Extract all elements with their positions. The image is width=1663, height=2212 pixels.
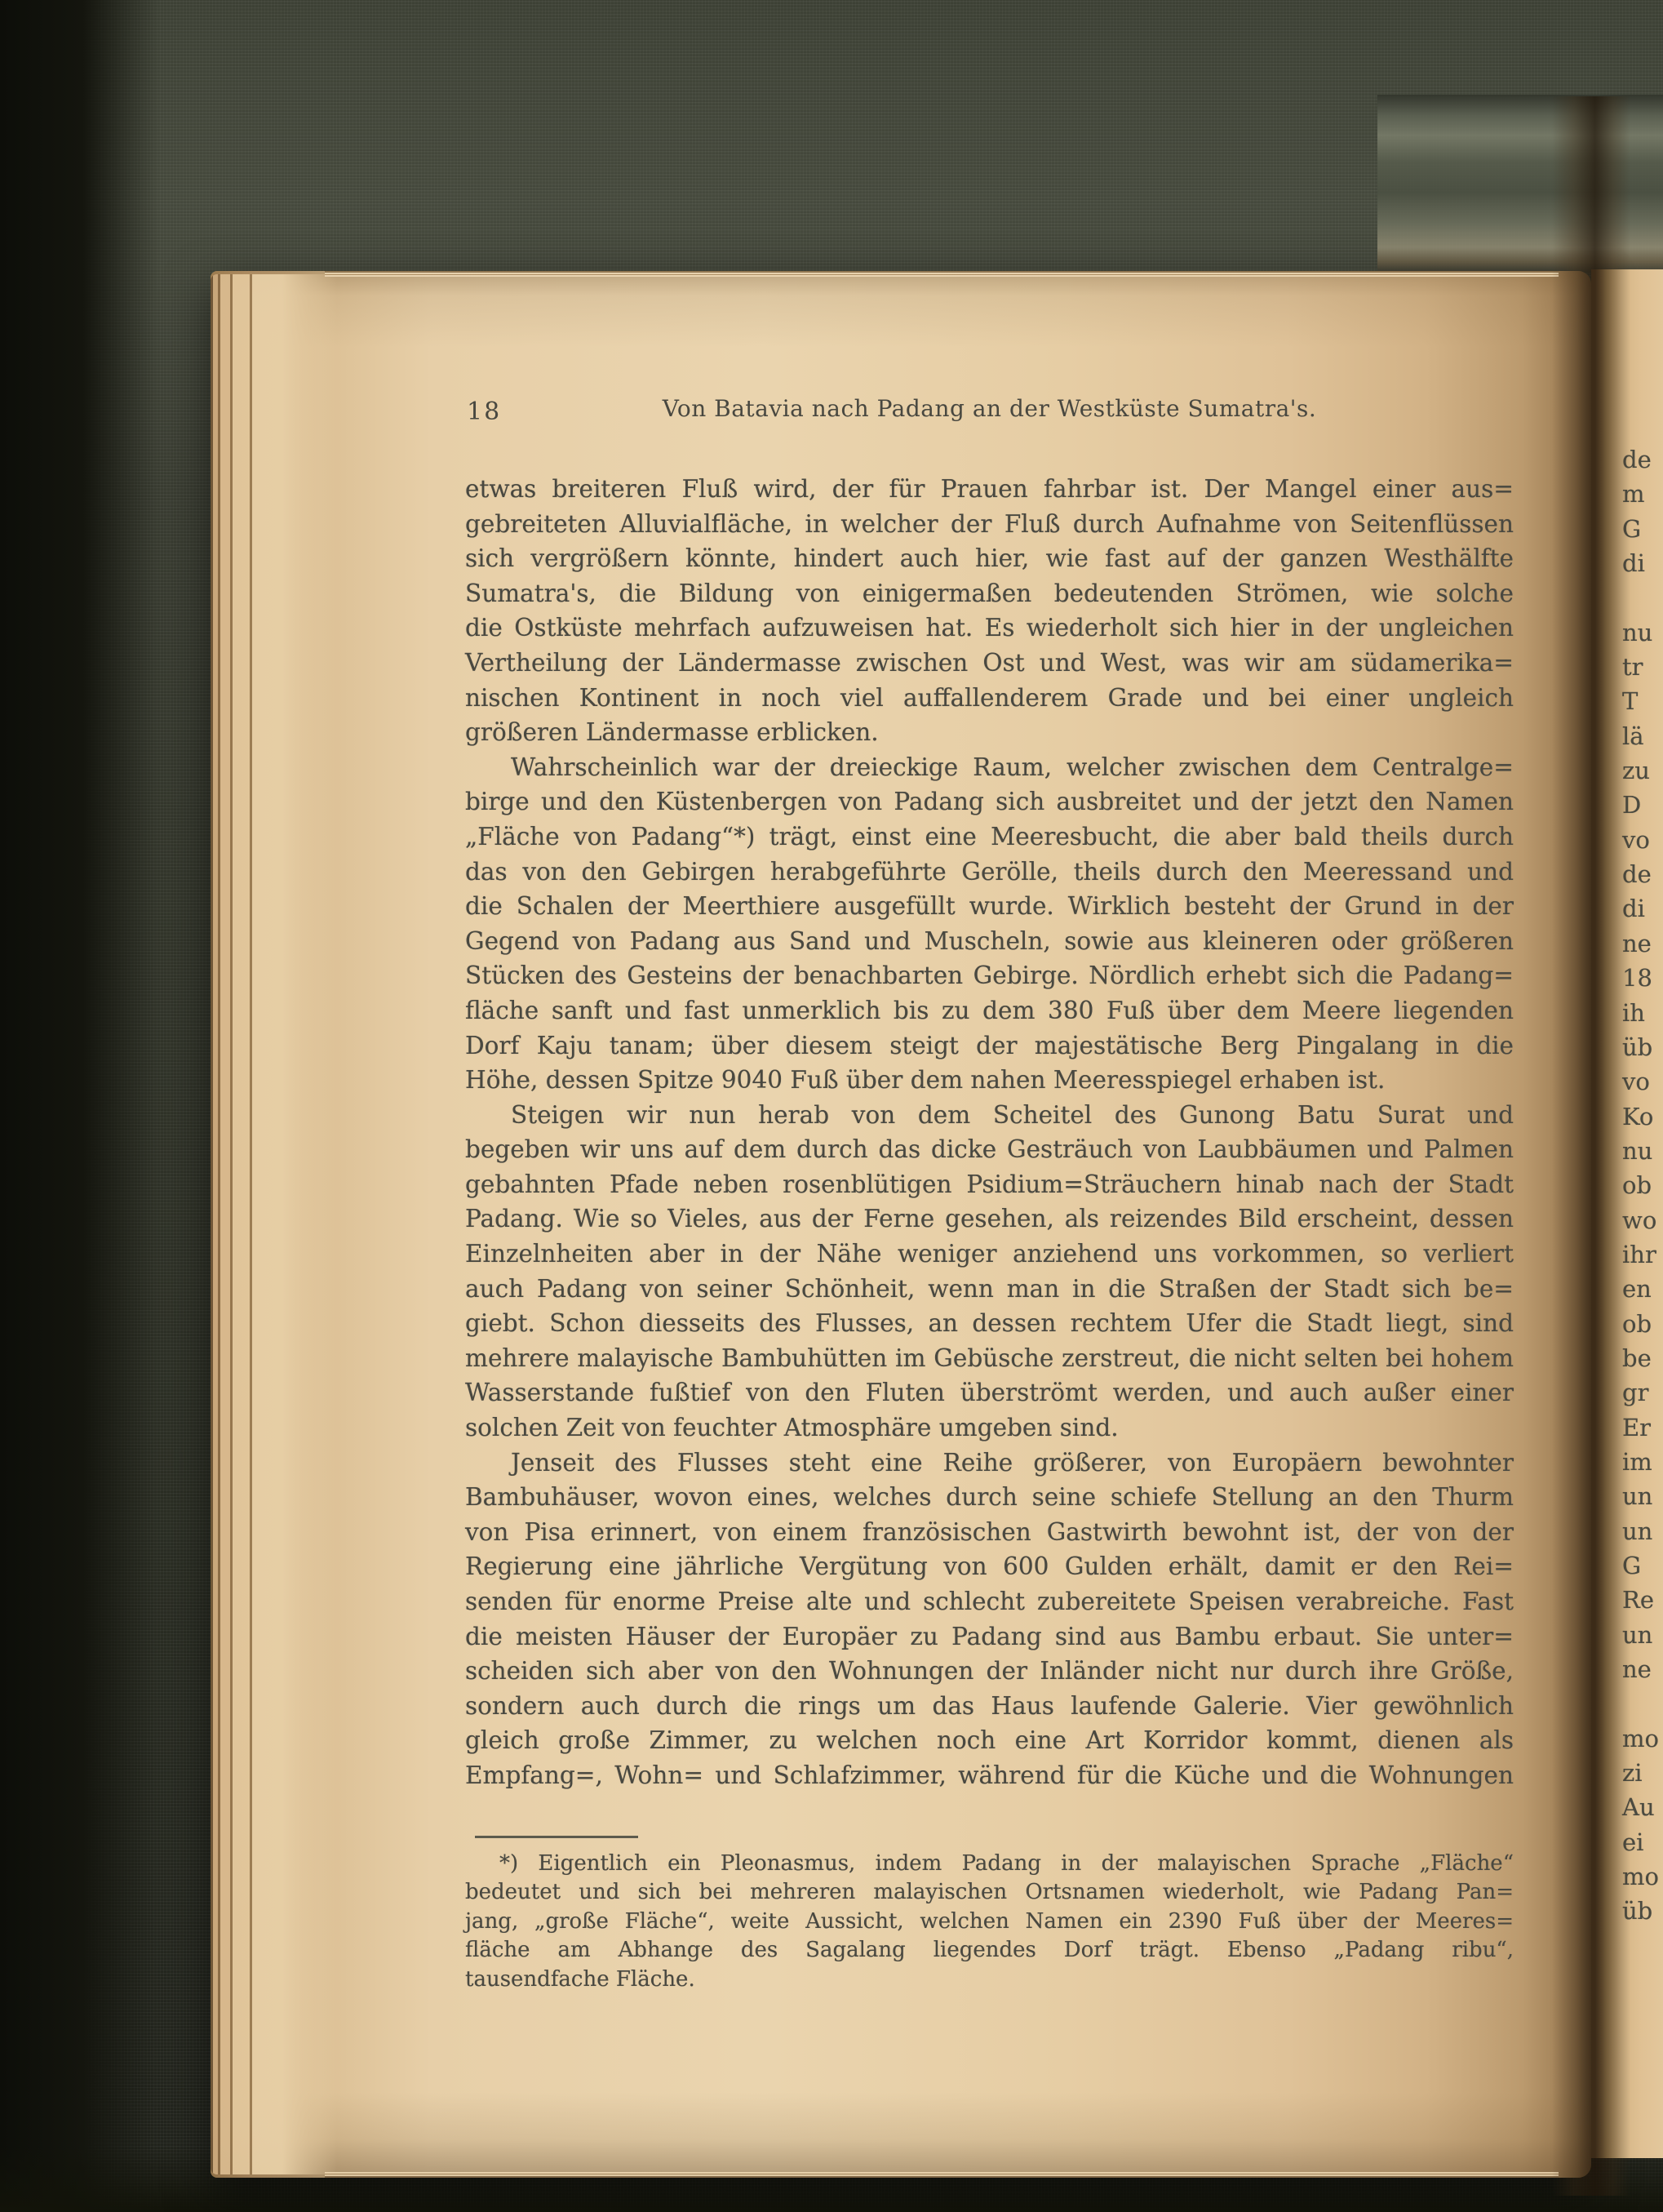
next-page-text-fragment: ne — [1622, 926, 1659, 961]
next-page-text-fragment: di — [1622, 546, 1659, 580]
book-top-page-edges — [1377, 95, 1663, 273]
book-scan: 18 Von Batavia nach Padang an der Westkü… — [0, 0, 1663, 2212]
text-line: Bambuhäuser, wovon eines, welches durch … — [465, 1480, 1514, 1515]
next-page-text-fragment — [1622, 580, 1659, 615]
footnote-line: jang, „große Fläche“, weite Aussicht, we… — [465, 1908, 1514, 1936]
next-page-text-fragment: de — [1622, 442, 1659, 477]
text-line: sich vergrößern könnte, hindert auch hie… — [465, 541, 1514, 576]
text-line: Dorf Kaju tanam; über diesem steigt der … — [465, 1028, 1514, 1064]
text-line: Wasserstande fußtief von den Fluten über… — [465, 1375, 1514, 1410]
next-page-text-fragment: D — [1622, 788, 1659, 822]
next-page-sliver: de m G di nu tr T lä zu D vo — [1591, 269, 1663, 2158]
next-page-text-fragment: ei — [1622, 1825, 1659, 1859]
text-line: die Ostküste mehrfach aufzuweisen hat. E… — [465, 611, 1514, 646]
next-page-text-fragment: ihr — [1622, 1237, 1659, 1272]
text-line: Gegend von Padang aus Sand und Muscheln,… — [465, 924, 1514, 959]
text-line: von Pisa erinnert, von einem französisch… — [465, 1515, 1514, 1550]
footnote-line: bedeutet und sich bei mehreren malayisch… — [465, 1878, 1514, 1907]
next-page-text-fragment: en — [1622, 1272, 1659, 1306]
page-paper: 18 Von Batavia nach Padang an der Westkü… — [211, 271, 1591, 2178]
text-line: Empfang=, Wohn= und Schlafzimmer, währen… — [465, 1758, 1514, 1793]
page-content: 18 Von Batavia nach Padang an der Westkü… — [211, 271, 1591, 2178]
text-line: Regierung eine jährliche Vergütung von 6… — [465, 1549, 1514, 1584]
next-page-text-fragment: nu — [1622, 615, 1659, 650]
text-line: scheiden sich aber von den Wohnungen der… — [465, 1654, 1514, 1689]
text-line: begeben wir uns auf dem durch das dicke … — [465, 1132, 1514, 1167]
text-line: Höhe, dessen Spitze 9040 Fuß über dem na… — [465, 1063, 1514, 1098]
next-page-text-fragment: zu — [1622, 753, 1659, 788]
text-line: „Fläche von Padang“*) trägt, einst eine … — [465, 820, 1514, 855]
next-page-text-fragment: ob — [1622, 1168, 1659, 1202]
text-line: Jenseit des Flusses steht eine Reihe grö… — [465, 1446, 1514, 1481]
footnote: *) Eigentlich ein Pleonasmus, indem Pada… — [465, 1850, 1514, 1994]
next-page-text-fragment: be — [1622, 1341, 1659, 1375]
footnote-line: fläche am Abhange des Sagalang liegendes… — [465, 1936, 1514, 1965]
next-page-text-fragment: Ko — [1622, 1099, 1659, 1134]
next-page-text-fragment: im — [1622, 1445, 1659, 1479]
footnote-rule — [475, 1836, 638, 1838]
next-page-text-fragment: nu — [1622, 1134, 1659, 1168]
next-page-text-fragment: Re — [1622, 1583, 1659, 1617]
next-page-text-fragment: un — [1622, 1514, 1659, 1548]
next-page-text-fragment: Er — [1622, 1410, 1659, 1445]
text-line: solchen Zeit von feuchter Atmosphäre umg… — [465, 1410, 1514, 1446]
text-line: sondern auch durch die rings um das Haus… — [465, 1689, 1514, 1724]
next-page-text-fragment: lä — [1622, 719, 1659, 753]
text-line: Steigen wir nun herab von dem Scheitel d… — [465, 1098, 1514, 1133]
text-line: Wahrscheinlich war der dreieckige Raum, … — [465, 750, 1514, 785]
next-page-text-fragment: mo — [1622, 1859, 1659, 1894]
text-line: gebreiteten Alluvialfläche, in welcher d… — [465, 507, 1514, 542]
text-line: größeren Ländermasse erblicken. — [465, 715, 1514, 750]
text-line: etwas breiteren Fluß wird, der für Praue… — [465, 472, 1514, 507]
next-page-text-fragment: gr — [1622, 1375, 1659, 1410]
next-page-text-fragments: de m G di nu tr T lä zu D vo — [1622, 442, 1659, 1929]
next-page-text-fragment: mo — [1622, 1721, 1659, 1756]
next-page-text-fragment: un — [1622, 1479, 1659, 1513]
next-page-text-fragment: G — [1622, 1548, 1659, 1583]
text-line: birge und den Küstenbergen von Padang si… — [465, 784, 1514, 820]
next-page-text-fragment: vo — [1622, 1064, 1659, 1099]
text-line: nischen Kontinent in noch viel auffallen… — [465, 681, 1514, 716]
text-line: das von den Gebirgen herabgeführte Geröl… — [465, 855, 1514, 890]
next-page-text-fragment: de — [1622, 857, 1659, 891]
text-line: gebahnten Pfade neben rosenblütigen Psid… — [465, 1167, 1514, 1202]
footnote-line: *) Eigentlich ein Pleonasmus, indem Pada… — [465, 1850, 1514, 1878]
next-page-text-fragment: ih — [1622, 996, 1659, 1030]
text-line: senden für enorme Preise alte und schlec… — [465, 1584, 1514, 1619]
footnote-line: tausendfache Fläche. — [465, 1965, 1514, 1994]
next-page-text-fragment: ob — [1622, 1307, 1659, 1341]
next-page-text-fragment: 18 — [1622, 961, 1659, 995]
text-line: Stücken des Gesteins der benachbarten Ge… — [465, 958, 1514, 993]
text-line: Padang. Wie so Vieles, aus der Ferne ges… — [465, 1201, 1514, 1237]
next-page-text-fragment: ne — [1622, 1652, 1659, 1686]
next-page-text-fragment: wo — [1622, 1203, 1659, 1237]
next-page-text-fragment: vo — [1622, 823, 1659, 857]
next-page-text-fragment: tr — [1622, 650, 1659, 684]
next-page-text-fragment: üb — [1622, 1894, 1659, 1928]
next-page-text-fragment: üb — [1622, 1030, 1659, 1064]
next-page-text-fragment: Au — [1622, 1790, 1659, 1824]
text-line: die meisten Häuser der Europäer zu Padan… — [465, 1619, 1514, 1655]
text-line: auch Padang von seiner Schönheit, wenn m… — [465, 1272, 1514, 1307]
next-page-text-fragment: G — [1622, 512, 1659, 546]
text-line: giebt. Schon diesseits des Flusses, an d… — [465, 1306, 1514, 1341]
next-page-text-fragment: T — [1622, 684, 1659, 718]
book-cover-left-edge — [0, 0, 159, 2212]
text-line: Vertheilung der Ländermasse zwischen Ost… — [465, 646, 1514, 681]
next-page-text-fragment: zi — [1622, 1756, 1659, 1790]
text-line: fläche sanft und fast unmerklich bis zu … — [465, 993, 1514, 1028]
next-page-text-fragment — [1622, 1686, 1659, 1721]
next-page-text-fragment: un — [1622, 1618, 1659, 1652]
next-page-text-fragment: m — [1622, 477, 1659, 511]
next-page-text-fragment: di — [1622, 891, 1659, 926]
text-line: die Schalen der Meerthiere ausgefüllt wu… — [465, 889, 1514, 924]
page-header: 18 Von Batavia nach Padang an der Westkü… — [465, 395, 1514, 428]
text-line: mehrere malayische Bambuhütten im Gebüsc… — [465, 1341, 1514, 1376]
text-line: Sumatra's, die Bildung von einigermaßen … — [465, 576, 1514, 611]
text-line: Einzelnheiten aber in der Nähe weniger a… — [465, 1237, 1514, 1272]
page-number: 18 — [467, 398, 501, 426]
body-text: etwas breiteren Fluß wird, der für Praue… — [465, 472, 1514, 1793]
text-line: gleich große Zimmer, zu welchen noch ein… — [465, 1723, 1514, 1758]
running-header: Von Batavia nach Padang an der Westküste… — [465, 395, 1514, 422]
